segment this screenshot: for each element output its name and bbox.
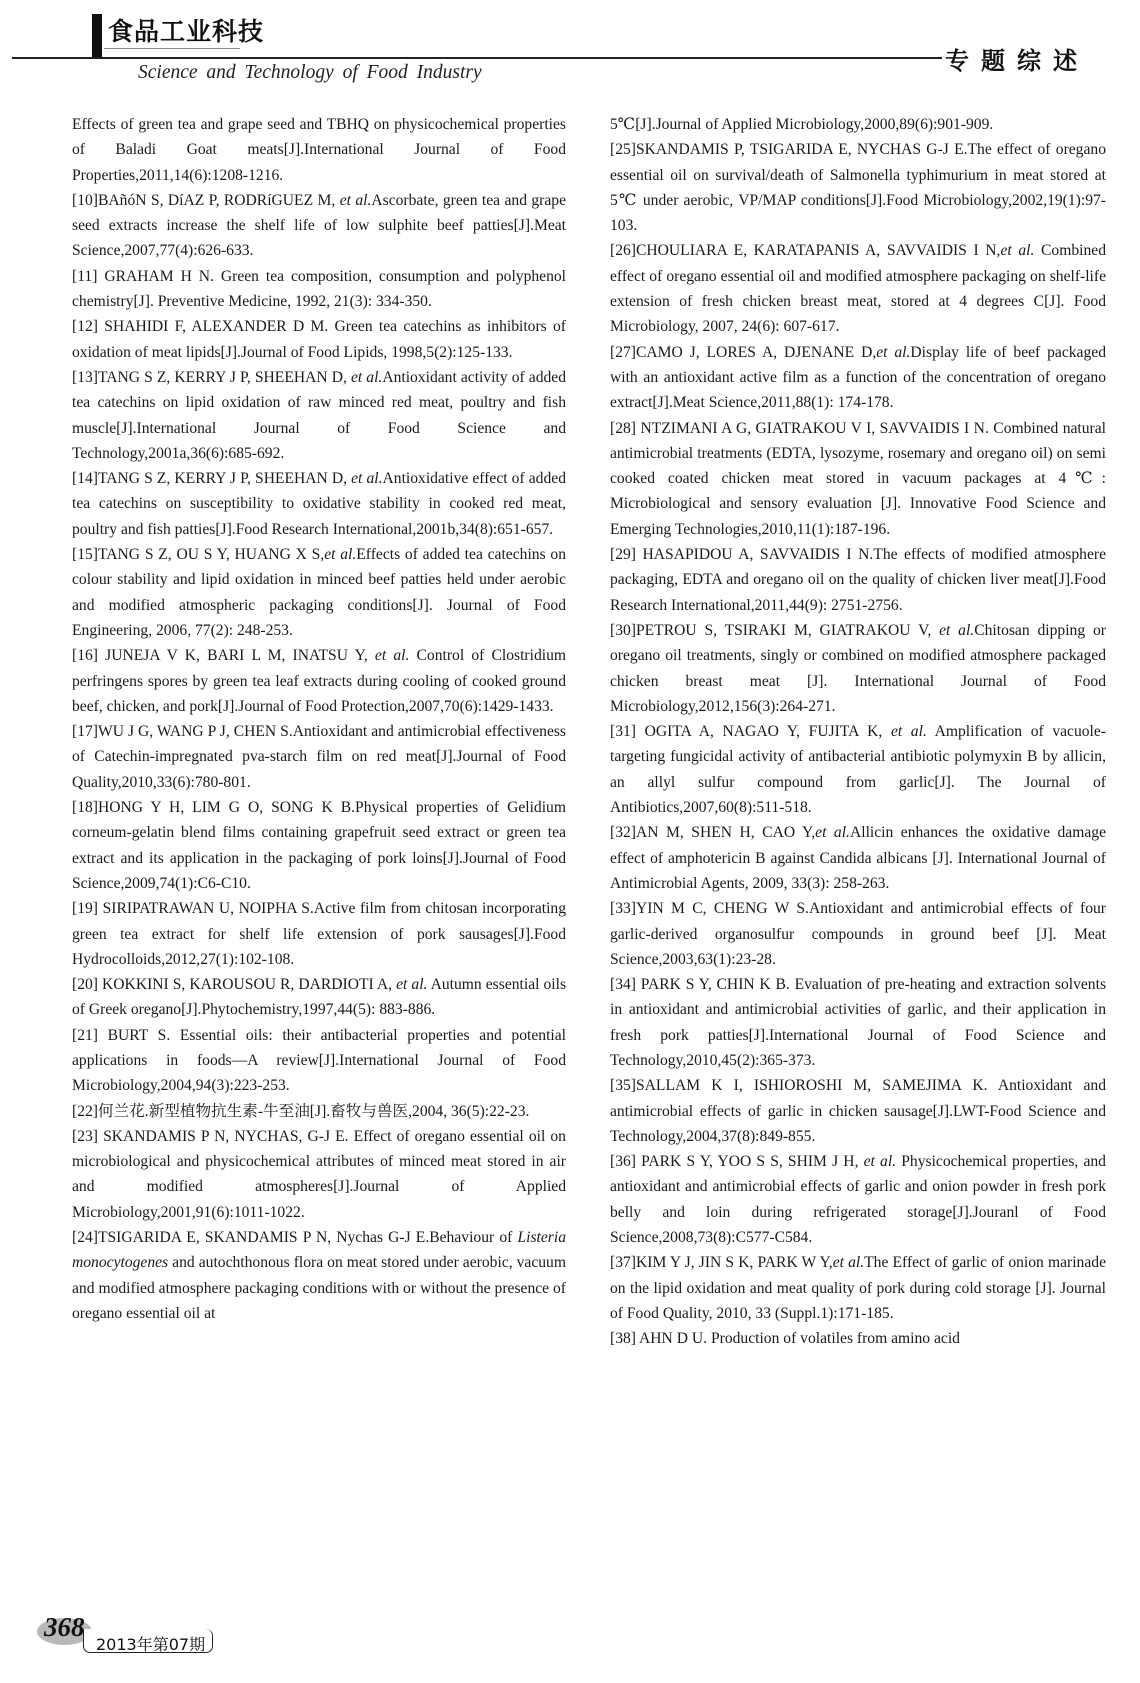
reference-14: [14]TANG S Z, KERRY J P, SHEEHAN D, et a… [72, 466, 566, 542]
reference-18: [18]HONG Y H, LIM G O, SONG K B.Physical… [72, 795, 566, 896]
reference-30: [30]PETROU S, TSIRAKI M, GIATRAKOU V, et… [610, 618, 1106, 719]
reference-12: [12] SHAHIDI F, ALEXANDER D M. Green tea… [72, 314, 566, 365]
page-number: 368 [44, 1612, 85, 1643]
header-accent-bar [92, 14, 102, 58]
reference-23: [23] SKANDAMIS P N, NYCHAS, G-J E. Effec… [72, 1124, 566, 1225]
reference-38: [38] AHN D U. Production of volatiles fr… [610, 1326, 1106, 1351]
reference-continuation: 5℃[J].Journal of Applied Microbiology,20… [610, 112, 1106, 137]
journal-title-english: Science and Technology of Food Industry [138, 62, 482, 84]
reference-27: [27]CAMO J, LORES A, DJENANE D,et al.Dis… [610, 340, 1106, 416]
reference-22: [22]何兰花.新型植物抗生素-牛至油[J].畜牧与兽医,2004, 36(5)… [72, 1099, 566, 1124]
reference-34: [34] PARK S Y, CHIN K B. Evaluation of p… [610, 972, 1106, 1073]
reference-19: [19] SIRIPATRAWAN U, NOIPHA S.Active fil… [72, 896, 566, 972]
reference-35: [35]SALLAM K I, ISHIOROSHI M, SAMEJIMA K… [610, 1073, 1106, 1149]
reference-21: [21] BURT S. Essential oils: their antib… [72, 1023, 566, 1099]
reference-10: [10]BAñóN S, DíAZ P, RODRíGUEZ M, et al.… [72, 188, 566, 264]
reference-31: [31] OGITA A, NAGAO Y, FUJITA K, et al. … [610, 719, 1106, 820]
reference-24: [24]TSIGARIDA E, SKANDAMIS P N, Nychas G… [72, 1225, 566, 1326]
journal-title-chinese: 食品工业科技 [108, 12, 264, 48]
header-rule [12, 57, 942, 59]
references-right-column: 5℃[J].Journal of Applied Microbiology,20… [610, 112, 1106, 1352]
reference-17: [17]WU J G, WANG P J, CHEN S.Antioxidant… [72, 719, 566, 795]
reference-36: [36] PARK S Y, YOO S S, SHIM J H, et al.… [610, 1149, 1106, 1250]
reference-28: [28] NTZIMANI A G, GIATRAKOU V I, SAVVAI… [610, 416, 1106, 542]
reference-15: [15]TANG S Z, OU S Y, HUANG X S,et al.Ef… [72, 542, 566, 643]
reference-37: [37]KIM Y J, JIN S K, PARK W Y,et al.The… [610, 1250, 1106, 1326]
reference-11: [11] GRAHAM H N. Green tea composition, … [72, 264, 566, 315]
reference-continuation: Effects of green tea and grape seed and … [72, 112, 566, 188]
reference-16: [16] JUNEJA V K, BARI L M, INATSU Y, et … [72, 643, 566, 719]
references-left-column: Effects of green tea and grape seed and … [72, 112, 566, 1326]
reference-33: [33]YIN M C, CHENG W S.Antioxidant and a… [610, 896, 1106, 972]
reference-25: [25]SKANDAMIS P, TSIGARIDA E, NYCHAS G-J… [610, 137, 1106, 238]
reference-26: [26]CHOULIARA E, KARATAPANIS A, SAVVAIDI… [610, 238, 1106, 339]
reference-13: [13]TANG S Z, KERRY J P, SHEEHAN D, et a… [72, 365, 566, 466]
reference-20: [20] KOKKINI S, KAROUSOU R, DARDIOTI A, … [72, 972, 566, 1023]
section-label: 专题综述 [945, 41, 1089, 76]
issue-label: 2013年第07期 [96, 1632, 205, 1655]
reference-32: [32]AN M, SHEN H, CAO Y,et al.Allicin en… [610, 820, 1106, 896]
reference-29: [29] HASAPIDOU A, SAVVAIDIS I N.The effe… [610, 542, 1106, 618]
title-underline [104, 48, 240, 49]
